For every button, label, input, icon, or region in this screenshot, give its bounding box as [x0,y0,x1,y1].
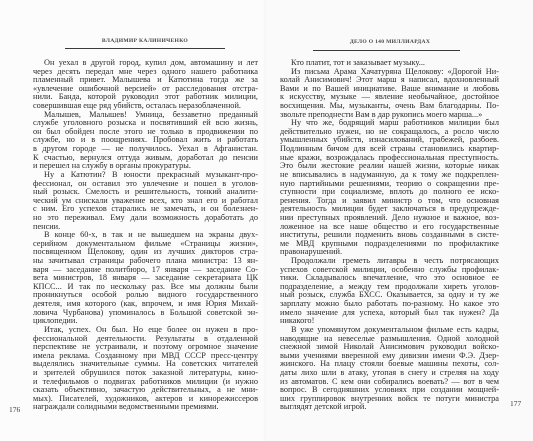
header-rule [313,50,460,51]
text-line: но это переживал. Ему дали возможность д… [33,214,258,223]
text-line: выглядят детской игрой. [280,403,499,412]
left-page-body: Он уехал в другой город, купил дом, авто… [33,59,258,412]
left-page: ВЛАДИМИР КАЛИНИЧЕНКО Он уехал в другой г… [0,0,266,441]
text-line: награждали солидными ведомственными прем… [33,403,258,412]
page-number-left: 176 [9,405,20,414]
page-number-right: 177 [510,399,521,408]
right-page-body: Кто платит, тот и заказывает музыку...Из… [280,59,499,412]
running-head-title: ДЕЛО О 140 МИЛЛИАРДАХ [310,39,470,45]
running-head-author: ВЛАДИМИР КАЛИНИЧЕНКО [60,38,230,44]
book-spread: ВЛАДИМИР КАЛИНИЧЕНКО Он уехал в другой г… [0,0,533,441]
right-page: ДЕЛО О 140 МИЛЛИАРДАХ Кто платит, тот и … [266,0,533,441]
header-rule [65,48,225,49]
